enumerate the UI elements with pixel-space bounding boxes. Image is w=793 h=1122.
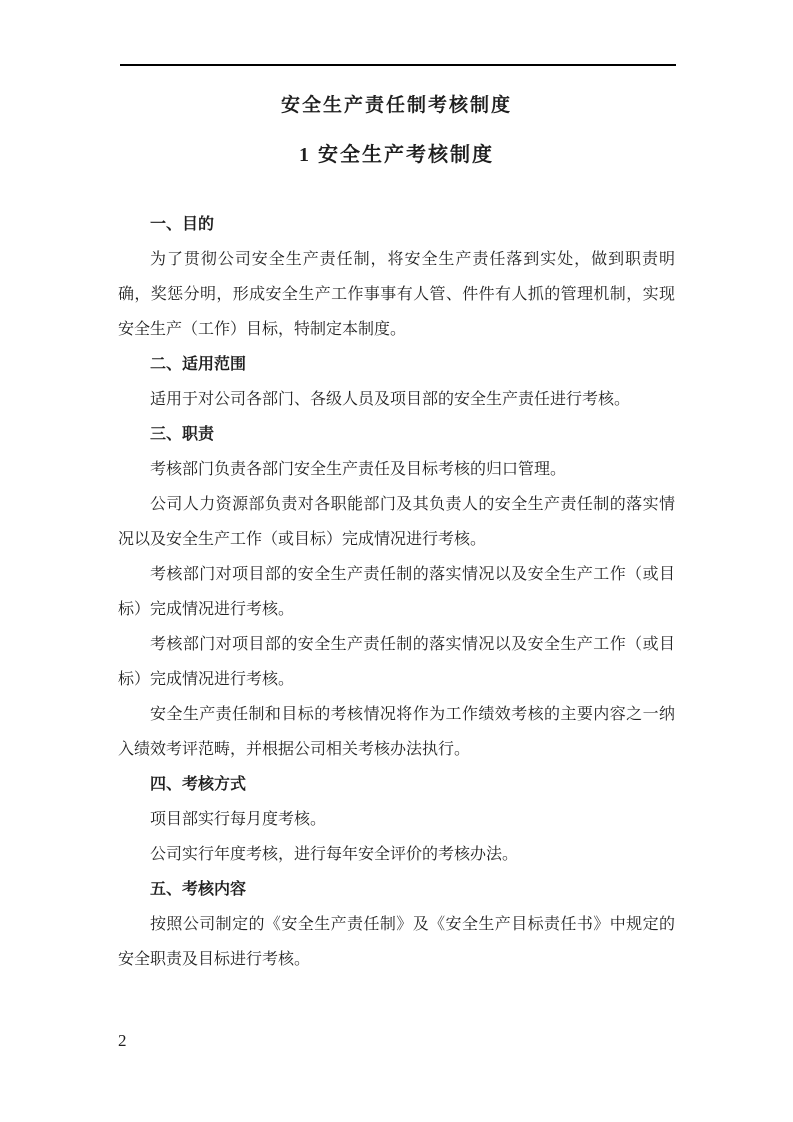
document-page: 安全生产责任制考核制度 1 安全生产考核制度 一、目的为了贯彻公司安全生产责任制… bbox=[0, 0, 793, 1122]
section-heading: 五、考核内容 bbox=[118, 872, 675, 907]
header-rule bbox=[120, 64, 676, 66]
body-paragraph: 项目部实行每月度考核。 bbox=[118, 802, 675, 837]
section-heading: 二、适用范围 bbox=[118, 347, 675, 382]
section-heading: 一、目的 bbox=[118, 207, 675, 242]
document-body: 一、目的为了贯彻公司安全生产责任制，将安全生产责任落到实处，做到职责明确，奖惩分… bbox=[118, 207, 675, 977]
body-paragraph: 公司实行年度考核，进行每年安全评价的考核办法。 bbox=[118, 837, 675, 872]
body-paragraph: 考核部门对项目部的安全生产责任制的落实情况以及安全生产工作（或目标）完成情况进行… bbox=[118, 557, 675, 627]
body-paragraph: 按照公司制定的《安全生产责任制》及《安全生产目标责任书》中规定的安全职责及目标进… bbox=[118, 907, 675, 977]
section-heading: 三、职责 bbox=[118, 417, 675, 452]
body-paragraph: 适用于对公司各部门、各级人员及项目部的安全生产责任进行考核。 bbox=[118, 382, 675, 417]
body-paragraph: 公司人力资源部负责对各职能部门及其负责人的安全生产责任制的落实情况以及安全生产工… bbox=[118, 487, 675, 557]
body-paragraph: 为了贯彻公司安全生产责任制，将安全生产责任落到实处，做到职责明确，奖惩分明，形成… bbox=[118, 242, 675, 347]
page-number: 2 bbox=[118, 1030, 127, 1052]
section-heading: 四、考核方式 bbox=[118, 767, 675, 802]
body-paragraph: 考核部门负责各部门安全生产责任及目标考核的归口管理。 bbox=[118, 452, 675, 487]
document-title: 安全生产责任制考核制度 bbox=[118, 93, 675, 119]
body-paragraph: 安全生产责任制和目标的考核情况将作为工作绩效考核的主要内容之一纳入绩效考评范畴，… bbox=[118, 697, 675, 767]
chapter-heading: 1 安全生产考核制度 bbox=[118, 141, 675, 169]
body-paragraph: 考核部门对项目部的安全生产责任制的落实情况以及安全生产工作（或目标）完成情况进行… bbox=[118, 627, 675, 697]
